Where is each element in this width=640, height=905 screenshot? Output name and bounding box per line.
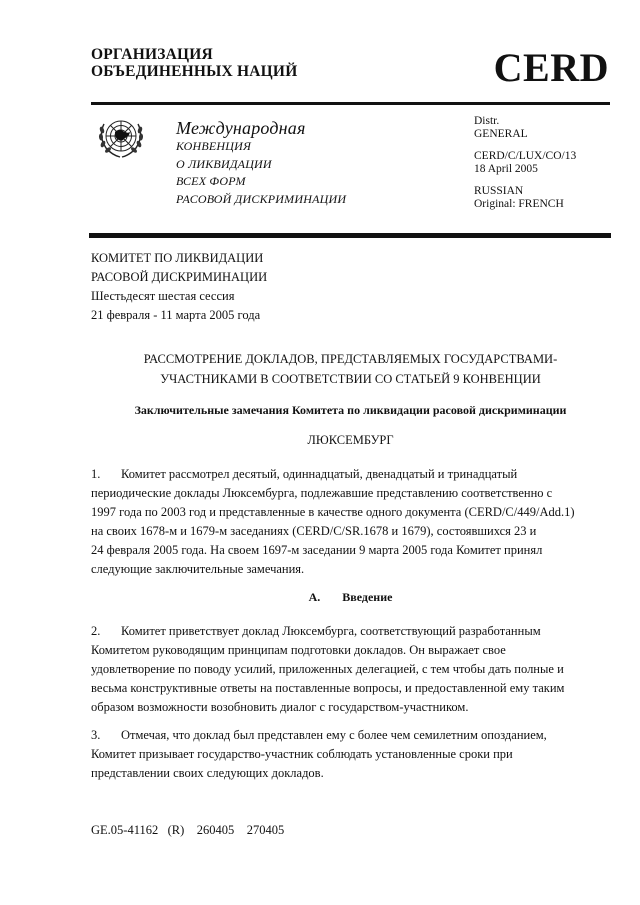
org-line-2: ОБЪЕДИНЕННЫХ НАЦИЙ bbox=[91, 63, 297, 80]
title-line-1: РАССМОТРЕНИЕ ДОКЛАДОВ, ПРЕДСТАВЛЯЕМЫХ ГО… bbox=[91, 349, 610, 369]
paragraph-line: Комитетом руководящим принципам подготов… bbox=[91, 641, 566, 660]
distr-general: GENERAL bbox=[474, 128, 576, 141]
convention-line-1: Международная bbox=[176, 118, 346, 138]
country-heading: ЛЮКСЕМБУРГ bbox=[91, 432, 610, 448]
footer-job-number: GE.05-41162 (R) 260405 270405 bbox=[91, 822, 284, 838]
paragraph-line: Комитет рассмотрел десятый, одиннадцатый… bbox=[121, 467, 517, 481]
doc-date: 18 April 2005 bbox=[474, 163, 576, 176]
distribution-block: Distr. GENERAL CERD/C/LUX/CO/13 18 April… bbox=[474, 115, 576, 211]
paragraph-line: образом возможности возобновить диалог с… bbox=[91, 698, 566, 717]
paragraph-line: Отмечая, что доклад был представлен ему … bbox=[121, 728, 547, 742]
title-line-2: УЧАСТНИКАМИ В СООТВЕТСТВИИ СО СТАТЬЕЙ 9 … bbox=[91, 369, 610, 389]
paragraph-number: 2. bbox=[91, 622, 121, 641]
convention-title: Международная КОНВЕНЦИЯ О ЛИКВИДАЦИИ ВСЕ… bbox=[176, 118, 346, 208]
document-symbol-cerd: CERD bbox=[494, 46, 609, 90]
organization-name: ОРГАНИЗАЦИЯ ОБЪЕДИНЕННЫХ НАЦИЙ bbox=[91, 46, 297, 80]
paragraph-line: периодические доклады Люксембурга, подле… bbox=[91, 484, 531, 503]
section-letter: A. bbox=[309, 590, 321, 604]
convention-line-3: О ЛИКВИДАЦИИ bbox=[176, 156, 346, 174]
un-emblem-icon bbox=[95, 112, 147, 164]
paragraph-line: удовлетворение по поводу усилий, приложе… bbox=[91, 660, 566, 679]
paragraph-line: 1997 года по 2003 год и представленные в… bbox=[91, 503, 531, 522]
committee-block: КОМИТЕТ ПО ЛИКВИДАЦИИ РАСОВОЙ ДИСКРИМИНА… bbox=[91, 249, 267, 325]
paragraph-2: 2.Комитет приветствует доклад Люксембург… bbox=[91, 622, 566, 717]
committee-line-2: РАСОВОЙ ДИСКРИМИНАЦИИ bbox=[91, 268, 267, 287]
doc-language: RUSSIAN bbox=[474, 185, 576, 198]
document-title: РАССМОТРЕНИЕ ДОКЛАДОВ, ПРЕДСТАВЛЯЕМЫХ ГО… bbox=[91, 349, 610, 389]
paragraph-line: 24 февраля 2005 года. На своем 1697-м за… bbox=[91, 541, 531, 560]
paragraph-line: весьма конструктивные ответы на поставле… bbox=[91, 679, 566, 698]
paragraph-line: представлении своих следующих докладов. bbox=[91, 764, 531, 783]
convention-line-5: РАСОВОЙ ДИСКРИМИНАЦИИ bbox=[176, 191, 346, 209]
committee-line-1: КОМИТЕТ ПО ЛИКВИДАЦИИ bbox=[91, 249, 267, 268]
distr-label: Distr. bbox=[474, 115, 576, 128]
section-heading-a: A.Введение bbox=[91, 589, 610, 605]
paragraph-line: Комитет приветствует доклад Люксембурга,… bbox=[121, 624, 541, 638]
header-divider bbox=[91, 102, 610, 105]
document-subtitle: Заключительные замечания Комитета по лик… bbox=[91, 402, 610, 418]
paragraph-number: 1. bbox=[91, 465, 121, 484]
section-title: Введение bbox=[342, 590, 392, 604]
header-bottom-divider bbox=[89, 233, 611, 238]
convention-line-4: ВСЕХ ФОРМ bbox=[176, 173, 346, 191]
paragraph-line: следующие заключительные замечания. bbox=[91, 560, 531, 579]
paragraph-line: Комитет призывает государство-участник с… bbox=[91, 745, 531, 764]
paragraph-3: 3.Отмечая, что доклад был представлен ем… bbox=[91, 726, 531, 783]
committee-session: Шестьдесят шестая сессия bbox=[91, 287, 267, 306]
doc-original-language: Original: FRENCH bbox=[474, 198, 576, 211]
convention-line-2: КОНВЕНЦИЯ bbox=[176, 138, 346, 156]
committee-dates: 21 февраля - 11 марта 2005 года bbox=[91, 306, 267, 325]
paragraph-1: 1.Комитет рассмотрел десятый, одиннадцат… bbox=[91, 465, 531, 579]
paragraph-number: 3. bbox=[91, 726, 121, 745]
doc-symbol: CERD/C/LUX/CO/13 bbox=[474, 150, 576, 163]
paragraph-line: на своих 1678-м и 1679-м заседаниях (CER… bbox=[91, 522, 531, 541]
org-line-1: ОРГАНИЗАЦИЯ bbox=[91, 46, 297, 63]
